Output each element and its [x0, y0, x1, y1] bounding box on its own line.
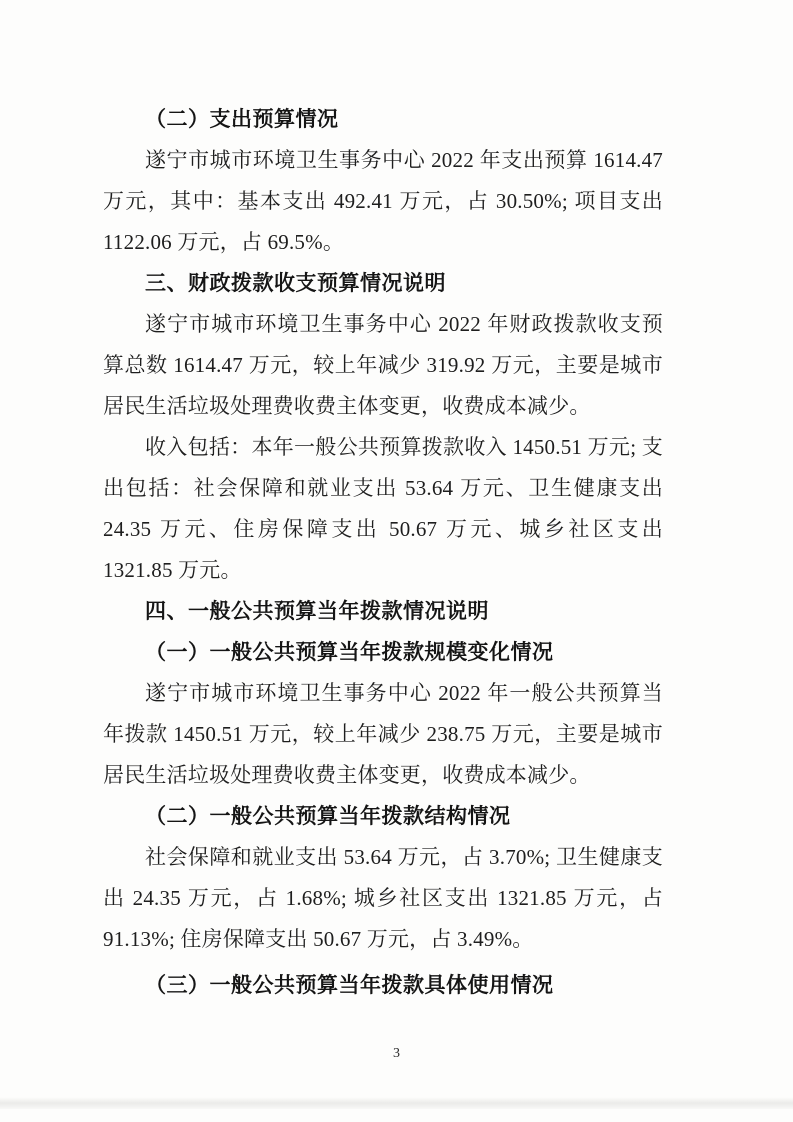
section-heading: （二）一般公共预算当年拨款结构情况: [103, 796, 663, 837]
section-heading: （一）一般公共预算当年拨款规模变化情况: [103, 632, 663, 673]
document-page: （二）支出预算情况遂宁市城市环境卫生事务中心 2022 年支出预算 1614.4…: [0, 0, 793, 1122]
paragraph: 遂宁市城市环境卫生事务中心 2022 年财政拨款收支预算总数 1614.47 万…: [103, 304, 663, 427]
scan-shadow-artifact: [0, 1097, 793, 1109]
paragraph: 遂宁市城市环境卫生事务中心 2022 年支出预算 1614.47 万元，其中：基…: [103, 140, 663, 263]
section-heading: （三）一般公共预算当年拨款具体使用情况: [103, 965, 663, 1006]
page-number: 3: [0, 1044, 793, 1064]
paragraph: 遂宁市城市环境卫生事务中心 2022 年一般公共预算当年拨款 1450.51 万…: [103, 673, 663, 796]
paragraph: 收入包括：本年一般公共预算拨款收入 1450.51 万元; 支出包括：社会保障和…: [103, 427, 663, 591]
paragraph: 社会保障和就业支出 53.64 万元，占 3.70%; 卫生健康支出 24.35…: [103, 837, 663, 960]
section-heading: （二）支出预算情况: [103, 99, 663, 140]
section-heading: 三、财政拨款收支预算情况说明: [103, 263, 663, 304]
section-heading: 四、一般公共预算当年拨款情况说明: [103, 591, 663, 632]
document-body: （二）支出预算情况遂宁市城市环境卫生事务中心 2022 年支出预算 1614.4…: [103, 99, 663, 1006]
